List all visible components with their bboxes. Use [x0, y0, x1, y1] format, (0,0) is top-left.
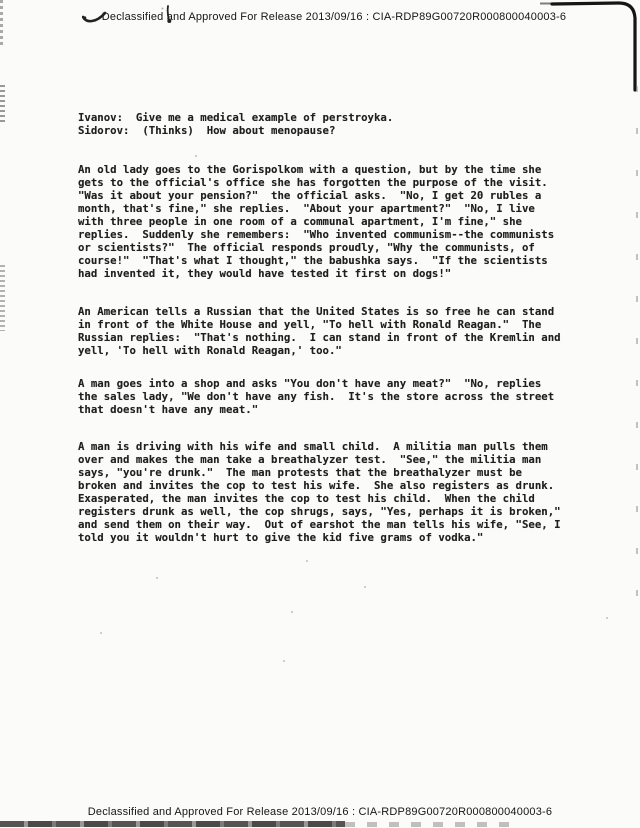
scan-edge-artifact-right [636, 86, 638, 626]
scan-speck [100, 632, 102, 634]
scan-speck [291, 611, 293, 613]
scan-bottom-edge-artifact-fade [345, 822, 510, 827]
joke-paragraph-breathalyzer: A man is driving with his wife and small… [78, 440, 561, 544]
scan-speck [283, 660, 285, 662]
scan-speck [156, 577, 158, 579]
scan-speck [364, 586, 366, 588]
scan-speck [606, 617, 608, 619]
joke-paragraph-dialogue: Ivanov: Give me a medical example of per… [78, 111, 393, 137]
scan-edge-artifact-left-mid [0, 85, 5, 123]
scan-speck [306, 560, 308, 562]
scan-corner-artifact [540, 0, 640, 92]
scan-speck [195, 155, 197, 157]
scan-bottom-edge-artifact [0, 821, 345, 827]
scan-edge-artifact-left-top [0, 0, 3, 46]
joke-paragraph-old-lady: An old lady goes to the Gorispolkom with… [78, 163, 554, 280]
declassification-banner-bottom: Declassified and Approved For Release 20… [0, 806, 640, 818]
document-page: Declassified and Approved For Release 20… [0, 0, 640, 828]
scan-edge-artifact-left-lower [0, 265, 5, 331]
joke-paragraph-american-russian: An American tells a Russian that the Uni… [78, 305, 561, 357]
joke-paragraph-meat-shop: A man goes into a shop and asks "You don… [78, 377, 554, 416]
pen-swoosh-mark-icon [82, 10, 108, 24]
pen-stroke-mark-icon [160, 5, 176, 25]
